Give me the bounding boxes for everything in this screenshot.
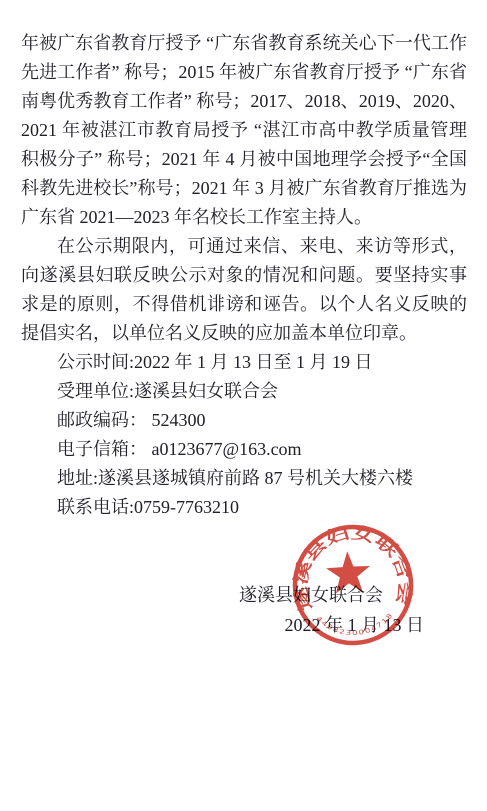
info-line-publicity-period: 公示时间:2022 年 1 月 13 日至 1 月 19 日 [21,348,467,377]
info-line-email: 电子信箱： a0123677@163.com [21,435,467,464]
info-line-accepting-unit: 受理单位:遂溪县妇女联合会 [21,377,467,406]
body-text: 年被广东省教育厅授予 “广东省教育系统关心下一代工作先进工作者” 称号；2015… [21,29,467,522]
paragraph-awards: 年被广东省教育厅授予 “广东省教育系统关心下一代工作先进工作者” 称号；2015… [21,29,467,232]
paragraph-feedback-notice: 在公示期限内，可通过来信、来电、来访等形式，向遂溪县妇联反映公示对象的情况和问题… [21,232,467,348]
red-star-icon [325,550,371,594]
official-seal: 遂溪县妇女联合会 4408230004718 [285,517,422,654]
contact-info-block: 公示时间:2022 年 1 月 13 日至 1 月 19 日 受理单位:遂溪县妇… [21,348,467,522]
info-line-address: 地址:遂溪县遂城镇府前路 87 号机关大楼六楼 [21,464,467,493]
info-line-postal-code: 邮政编码： 524300 [21,406,467,435]
document-page: 年被广东省教育厅授予 “广东省教育系统关心下一代工作先进工作者” 称号；2015… [0,0,487,811]
